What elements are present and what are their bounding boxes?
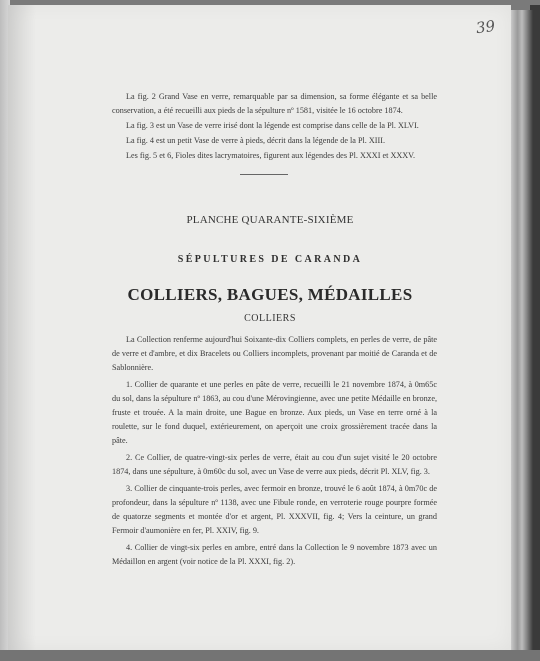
scan-bottom-border [0,650,540,661]
section-divider [240,174,288,175]
book-page-edges [511,10,533,650]
subsection-heading: COLLIERS [0,313,540,324]
body-paragraph: 4. Collier de vingt-six perles en ambre,… [112,541,437,569]
intro-paragraph: La fig. 4 est un petit Vase de verre à p… [112,134,437,148]
plate-heading: PLANCHE QUARANTE-SIXIÈME [0,214,540,226]
body-paragraph: 2. Ce Collier, de quatre-vingt-six perle… [112,451,437,479]
intro-paragraph: La fig. 2 Grand Vase en verre, remarquab… [112,90,437,118]
page-number: 39 [475,17,496,37]
page-fold-shadow [8,5,36,650]
intro-text-block: La fig. 2 Grand Vase en verre, remarquab… [112,90,437,164]
section-heading: SÉPULTURES DE CARANDA [0,254,540,265]
body-paragraph: 1. Collier de quarante et une perles en … [112,378,437,448]
intro-paragraph: La fig. 3 est un Vase de verre irisé don… [112,119,437,133]
body-paragraph: La Collection renferme aujourd'hui Soixa… [112,333,437,375]
body-paragraph: 3. Collier de cinquante-trois perles, av… [112,482,437,538]
body-text-block: La Collection renferme aujourd'hui Soixa… [112,333,437,572]
page-title: COLLIERS, BAGUES, MÉDAILLES [0,285,540,305]
intro-paragraph: Les fig. 5 et 6, Fioles dites lacrymatoi… [112,149,437,163]
